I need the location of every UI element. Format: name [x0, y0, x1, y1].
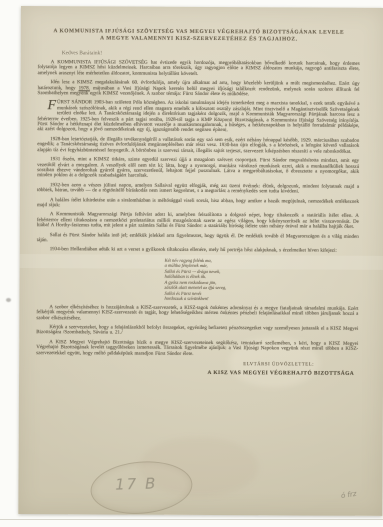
- paper-sheet: A KOMMUNISTA IFJÚSÁGI SZÖVETSÉG VAS MEGY…: [18, 6, 383, 516]
- salutation: Kedves Barátaink!: [62, 50, 360, 58]
- paragraph-10: 1934-ben Hollandiában adták ki azt a ver…: [37, 247, 359, 254]
- paragraph-4: 1928-ban letartóztatják, de illegális te…: [37, 137, 359, 155]
- signature-organization: A KISZ VAS MEGYEI VÉGREHAJTÓ BIZOTTSÁGA: [36, 369, 354, 377]
- margin-smudge: [6, 298, 11, 302]
- paragraph-3-text: ÜRST SÁNDOR 1903-ban született Póla közs…: [37, 101, 359, 134]
- dropcap-letter-F: F: [47, 101, 56, 112]
- underlined-date: 1978.: [79, 86, 90, 91]
- paragraph-7: A halálos ítélet kihirdetése után a sira…: [37, 198, 359, 210]
- paragraph-9: Sallai és Fürst Sándor halála intő jel; …: [37, 233, 359, 245]
- paper-edge-shadow: [0, 519, 383, 520]
- paragraph-11: A szobor elkészítéséhez is hozzájárulnak…: [36, 305, 358, 323]
- letter-body: A KOMMUNISTA IFJÚSÁGI SZÖVETSÉG VAS MEGY…: [36, 28, 360, 377]
- poem-line: hordozzuk a szívünkben!: [164, 296, 358, 303]
- paragraph-3: FÜRST SÁNDOR 1903-ban született Póla köz…: [37, 101, 359, 135]
- paragraph-13: A KISZ Megyei Végrehajtó Bizottsága bízi…: [36, 340, 358, 358]
- paragraph-12: Kérjük a szervezeteket, hogy a felajánlá…: [36, 325, 358, 337]
- stamp-handwriting: 17 B: [115, 474, 158, 493]
- paragraph-2: Idén lesz a KIMSZ megalakulásának 60. év…: [38, 80, 360, 98]
- paragraph-6: 1932-ben azon a vészes júliusi napon, am…: [37, 183, 359, 195]
- paragraph-8: A Kommunisták Magyarországi Pártja felhí…: [37, 212, 359, 230]
- oval-pencil-stamp: 17 B: [89, 458, 195, 518]
- signature-block: ELVTÁRSI ÜDVÖZLETTEL: A KISZ VAS MEGYEI …: [36, 361, 358, 377]
- signature-closing: ELVTÁRSI ÜDVÖZLETTEL:: [36, 361, 314, 367]
- poem-block: Két név ragyog felénk ma, a múltba fényl…: [164, 258, 358, 303]
- scanned-letter-page: A KOMMUNISTA IFJÚSÁGI SZÖVETSÉG VAS MEGY…: [0, 0, 383, 527]
- paragraph-5: 1931 őszén, mint a KIMSZ titkára, szinte…: [37, 157, 359, 180]
- paragraph-1: A KOMMUNISTA IFJÚSÁGI SZÖVETSÉG hat évti…: [38, 60, 360, 78]
